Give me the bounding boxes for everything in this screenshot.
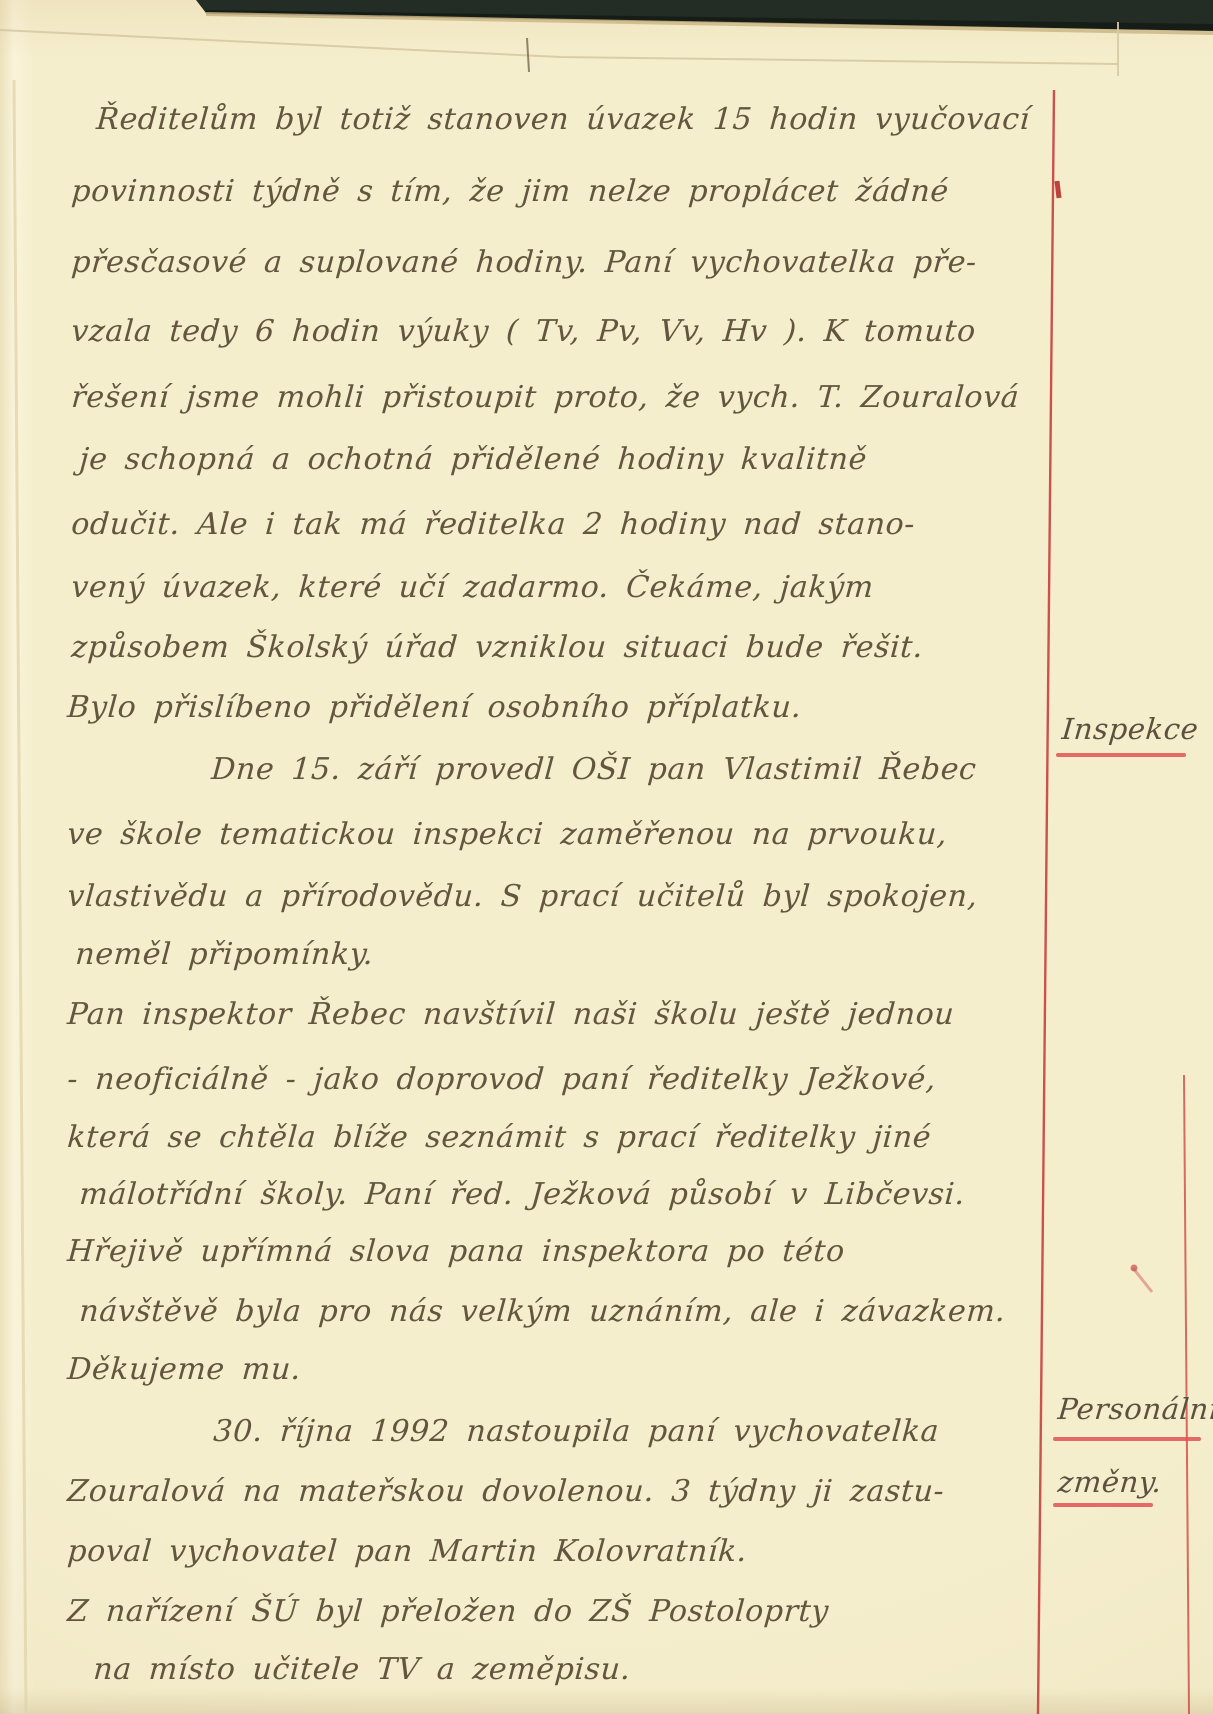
red-ink-smudge-dot: [1131, 1265, 1138, 1272]
handwritten-line: málotřídní školy. Paní řed. Ježková půso…: [78, 1175, 966, 1215]
handwritten-line: vlastivědu a přírodovědu. S prací učitel…: [66, 877, 979, 917]
handwritten-line: - neoficiálně - jako doprovod paní ředit…: [66, 1060, 937, 1100]
margin-note-zmeny: změny.: [1057, 1465, 1164, 1499]
red-margin-rule: [1038, 90, 1054, 1714]
margin-note-personalni: Personální: [1057, 1392, 1213, 1426]
handwritten-line: Bylo přislíbeno přidělení osobního přípl…: [66, 688, 803, 728]
book-cover-shadow: [206, 10, 1213, 31]
red-tick-mark: [1057, 181, 1059, 198]
stray-pen-mark: [527, 38, 529, 72]
margin-underline: [1053, 1437, 1201, 1441]
chronicle-page: Ředitelům byl totiž stanoven úvazek 15 h…: [0, 0, 1213, 1714]
handwritten-line: je schopná a ochotná přidělené hodiny kv…: [78, 440, 868, 480]
handwritten-line: vzala tedy 6 hodin výuky ( Tv, Pv, Vv, H…: [70, 312, 977, 352]
handwritten-line: odučit. Ale i tak má ředitelka 2 hodiny …: [70, 505, 916, 545]
handwritten-line: Pan inspektor Řebec navštívil naši školu…: [66, 995, 956, 1035]
handwritten-line: ve škole tematickou inspekci zaměřenou n…: [66, 815, 949, 855]
margin-underline: [1056, 753, 1186, 757]
handwritten-line: Zouralová na mateřskou dovolenou. 3 týdn…: [66, 1472, 946, 1512]
handwritten-line: na místo učitele TV a zeměpisu.: [92, 1650, 632, 1690]
handwritten-line: povinnosti týdně s tím, že jim nelze pro…: [70, 172, 950, 212]
handwritten-line: 30. října 1992 nastoupila paní vychovate…: [212, 1412, 941, 1452]
handwritten-line: řešení jsme mohli přistoupit proto, že v…: [70, 378, 1021, 418]
handwritten-line: způsobem Školský úřad vzniklou situaci b…: [70, 628, 925, 668]
handwritten-line: vený úvazek, které učí zadarmo. Čekáme, …: [70, 568, 875, 608]
margin-underline: [1053, 1503, 1153, 1507]
left-paper-crease: [14, 80, 26, 1714]
handwritten-line: poval vychovatel pan Martin Kolovratník.: [66, 1532, 748, 1572]
handwritten-line: přesčasové a suplované hodiny. Paní vych…: [70, 243, 978, 283]
red-ink-smudge: [1133, 1268, 1152, 1292]
handwritten-line: návštěvě byla pro nás velkým uznáním, al…: [78, 1292, 1007, 1332]
handwritten-line: Dne 15. září provedl OŠI pan Vlastimil Ř…: [210, 750, 978, 790]
handwritten-line: Z nařízení ŠÚ byl přeložen do ZŠ Postolo…: [66, 1592, 830, 1632]
cover-paper-shadow-line: [206, 14, 1213, 33]
handwritten-line: Ředitelům byl totiž stanoven úvazek 15 h…: [95, 100, 1031, 140]
book-cover-edge: [196, 0, 1213, 31]
handwritten-line: která se chtěla blíže seznámit s prací ř…: [66, 1118, 933, 1158]
margin-note-inspekce: Inspekce: [1061, 712, 1201, 746]
handwritten-line: Děkujeme mu.: [66, 1350, 302, 1390]
under-page-edge: [0, 30, 1118, 64]
handwritten-line: neměl připomínky.: [74, 935, 375, 975]
handwritten-line: Hřejivě upřímná slova pana inspektora po…: [66, 1232, 846, 1272]
